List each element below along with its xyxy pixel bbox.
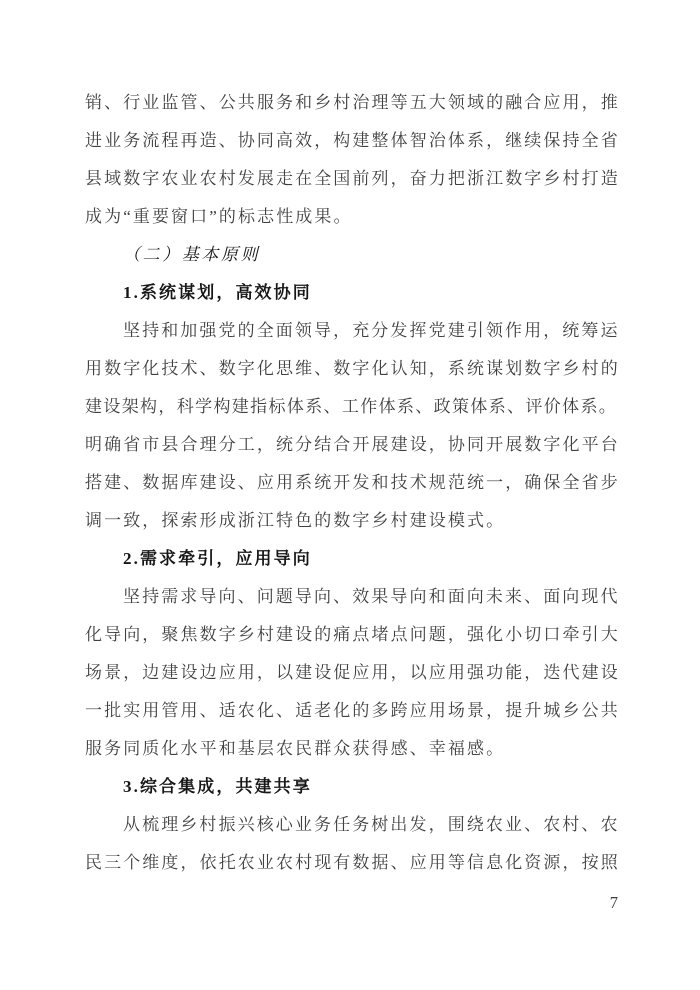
paragraph-line: 调一致，探索形成浙江特色的数字乡村建设模式。: [85, 502, 618, 540]
paragraph-line: 服务同质化水平和基层农民群众获得感、幸福感。: [85, 730, 618, 768]
paragraph-line: 搭建、数据库建设、应用系统开发和技术规范统一，确保全省步: [85, 464, 618, 502]
paragraph-line: 建设架构，科学构建指标体系、工作体系、政策体系、评价体系。: [85, 388, 618, 426]
paragraph-line: 坚持和加强党的全面领导，充分发挥党建引领作用，统筹运: [85, 312, 618, 350]
paragraph-line: 明确省市县合理分工，统分结合开展建设，协同开展数字化平台: [85, 426, 618, 464]
paragraph-line: 进业务流程再造、协同高效，构建整体智治体系，继续保持全省: [85, 122, 618, 160]
document-body: 销、行业监管、公共服务和乡村治理等五大领域的融合应用，推 进业务流程再造、协同高…: [85, 84, 618, 882]
paragraph-line: 从梳理乡村振兴核心业务任务树出发，围绕农业、农村、农: [85, 806, 618, 844]
section-heading: （二）基本原则: [85, 236, 618, 274]
paragraph-line: 一批实用管用、适农化、适老化的多跨应用场景，提升城乡公共: [85, 692, 618, 730]
paragraph-line: 县域数字农业农村发展走在全国前列，奋力把浙江数字乡村打造: [85, 160, 618, 198]
paragraph-line: 民三个维度，依托农业农村现有数据、应用等信息化资源，按照: [85, 844, 618, 882]
numbered-heading: 1.系统谋划，高效协同: [85, 274, 618, 312]
paragraph-line: 用数字化技术、数字化思维、数字化认知，系统谋划数字乡村的: [85, 350, 618, 388]
paragraph-line: 坚持需求导向、问题导向、效果导向和面向未来、面向现代: [85, 578, 618, 616]
numbered-heading: 3.综合集成，共建共享: [85, 768, 618, 806]
numbered-heading: 2.需求牵引，应用导向: [85, 540, 618, 578]
page-number: 7: [85, 884, 618, 922]
document-page: 销、行业监管、公共服务和乡村治理等五大领域的融合应用，推 进业务流程再造、协同高…: [0, 0, 700, 990]
paragraph-line: 成为“重要窗口”的标志性成果。: [85, 198, 618, 236]
paragraph-line: 场景，边建设边应用，以建设促应用，以应用强功能，迭代建设: [85, 654, 618, 692]
paragraph-line: 销、行业监管、公共服务和乡村治理等五大领域的融合应用，推: [85, 84, 618, 122]
paragraph-line: 化导向，聚焦数字乡村建设的痛点堵点问题，强化小切口牵引大: [85, 616, 618, 654]
